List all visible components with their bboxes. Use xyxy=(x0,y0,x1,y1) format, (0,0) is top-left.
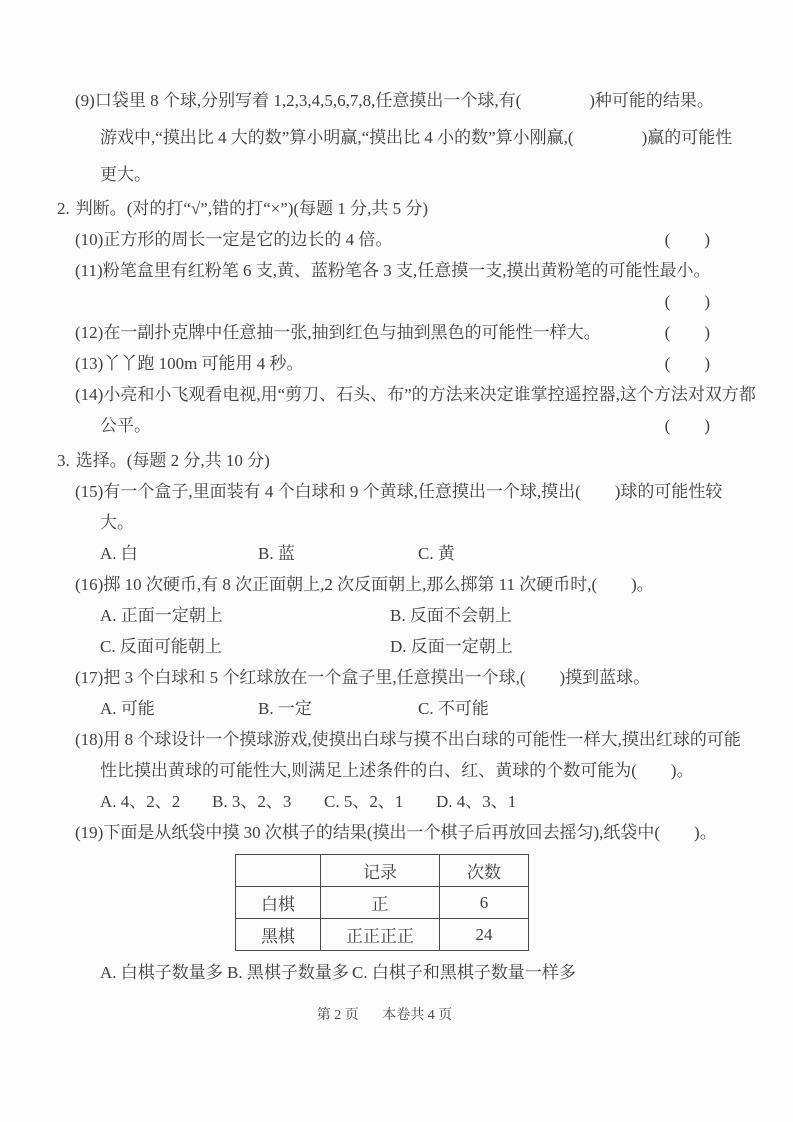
question-15: (15)有一个盒子,里面装有 4 个白球和 9 个黄球,任意摸出一个球,摸出( … xyxy=(57,476,712,569)
question-11-text: (11)粉笔盒里有红粉笔 6 支,黄、蓝粉笔各 3 支,任意摸一支,摸出黄粉笔的… xyxy=(57,255,712,286)
table-row: 黑棋 正正正正 24 xyxy=(236,919,529,951)
page-footer: 第 2 页 本卷共 4 页 xyxy=(57,1004,712,1024)
question-16: (16)掷 10 次硬币,有 8 次正面朝上,2 次反面朝上,那么掷第 11 次… xyxy=(57,569,712,662)
question-14-line2: 公平。 ( ) xyxy=(57,410,712,441)
table-cell: 黑棋 xyxy=(236,919,321,951)
question-13-text: (13)丫丫跑 100m 可能用 4 秒。 xyxy=(75,354,304,373)
question-10-text: (10)正方形的周长一定是它的边长的 4 倍。 xyxy=(75,230,392,249)
option-18-b: B. 3、2、3 xyxy=(212,786,324,817)
footer-page-number: 第 2 页 xyxy=(317,1008,359,1023)
question-9: (9)口袋里 8 个球,分别写着 1,2,3,4,5,6,7,8,任意摸出一个球… xyxy=(57,82,712,193)
answer-blank-12: ( ) xyxy=(665,317,710,348)
footer-total-pages: 本卷共 4 页 xyxy=(382,1008,452,1023)
table-header-row: 记录 次数 xyxy=(236,855,529,887)
question-16-options: A. 正面一定朝上 B. 反面不会朝上 C. 反面可能朝上 D. 反面一定朝上 xyxy=(57,600,712,662)
option-17-c: C. 不可能 xyxy=(418,693,489,724)
question-14-line1: (14)小亮和小飞观看电视,用“剪刀、石头、布”的方法来决定谁掌控遥控器,这个方… xyxy=(57,379,712,410)
table-cell: 次数 xyxy=(440,855,529,887)
question-11: (11)粉笔盒里有红粉笔 6 支,黄、蓝粉笔各 3 支,任意摸一支,摸出黄粉笔的… xyxy=(57,255,712,317)
question-19: (19)下面是从纸袋中摸 30 次棋子的结果(摸出一个棋子后再放回去摇匀),纸袋… xyxy=(57,817,712,988)
question-14-text2: 公平。 xyxy=(100,416,151,435)
option-18-c: C. 5、2、1 xyxy=(324,786,436,817)
section-2-number: 2. xyxy=(57,199,70,218)
option-15-b: B. 蓝 xyxy=(258,538,418,569)
option-19-c: C. 白棋子和黑棋子数量一样多 xyxy=(352,957,576,988)
question-19-line1: (19)下面是从纸袋中摸 30 次棋子的结果(摸出一个棋子后再放回去摇匀),纸袋… xyxy=(57,817,712,848)
option-18-a: A. 4、2、2 xyxy=(100,786,212,817)
table-cell: 24 xyxy=(440,919,529,951)
question-11-answer-line: ( ) xyxy=(57,286,712,317)
section-3-number: 3. xyxy=(57,451,70,470)
question-18-line1: (18)用 8 个球设计一个摸球游戏,使摸出白球与摸不出白球的可能性一样大,摸出… xyxy=(57,724,712,755)
option-15-a: A. 白 xyxy=(100,538,258,569)
question-9-line2: 游戏中,“摸出比 4 大的数”算小明赢,“摸出比 4 小的数”算小刚赢,( )赢… xyxy=(57,119,712,156)
section-3-header: 3.选择。(每题 2 分,共 10 分) xyxy=(57,445,712,476)
option-17-b: B. 一定 xyxy=(258,693,418,724)
question-17: (17)把 3 个白球和 5 个红球放在一个盒子里,任意摸出一个球,( )摸到蓝… xyxy=(57,662,712,724)
table-cell: 白棋 xyxy=(236,887,321,919)
question-14: (14)小亮和小飞观看电视,用“剪刀、石头、布”的方法来决定谁掌控遥控器,这个方… xyxy=(57,379,712,441)
question-19-options: A. 白棋子数量多B. 黑棋子数量多C. 白棋子和黑棋子数量一样多 xyxy=(57,957,712,988)
question-13: (13)丫丫跑 100m 可能用 4 秒。 ( ) xyxy=(57,348,712,379)
question-10-line: (10)正方形的周长一定是它的边长的 4 倍。 ( ) xyxy=(57,224,712,255)
table-cell: 6 xyxy=(440,887,529,919)
question-18: (18)用 8 个球设计一个摸球游戏,使摸出白球与摸不出白球的可能性一样大,摸出… xyxy=(57,724,712,817)
question-18-options: A. 4、2、2B. 3、2、3C. 5、2、1D. 4、3、1 xyxy=(57,786,712,817)
question-15-line2: 大。 xyxy=(57,507,712,538)
exam-page: (9)口袋里 8 个球,分别写着 1,2,3,4,5,6,7,8,任意摸出一个球… xyxy=(0,0,793,1024)
option-16-a: A. 正面一定朝上 xyxy=(100,600,390,631)
question-12-text: (12)在一副扑克牌中任意抽一张,抽到红色与抽到黑色的可能性一样大。 xyxy=(75,323,601,342)
question-10: (10)正方形的周长一定是它的边长的 4 倍。 ( ) xyxy=(57,224,712,255)
question-12-line: (12)在一副扑克牌中任意抽一张,抽到红色与抽到黑色的可能性一样大。 ( ) xyxy=(57,317,712,348)
answer-blank-13: ( ) xyxy=(665,348,710,379)
option-16-c: C. 反面可能朝上 xyxy=(100,631,390,662)
question-15-line1: (15)有一个盒子,里面装有 4 个白球和 9 个黄球,任意摸出一个球,摸出( … xyxy=(57,476,712,507)
result-table: 记录 次数 白棋 正 6 黑棋 正正正正 24 xyxy=(235,854,529,951)
question-9-line3: 更大。 xyxy=(57,156,712,193)
option-16-b: B. 反面不会朝上 xyxy=(390,600,712,631)
question-17-options: A. 可能B. 一定C. 不可能 xyxy=(57,693,712,724)
answer-blank-14: ( ) xyxy=(665,410,710,441)
table-row: 白棋 正 6 xyxy=(236,887,529,919)
question-13-line: (13)丫丫跑 100m 可能用 4 秒。 ( ) xyxy=(57,348,712,379)
table-cell xyxy=(236,855,321,887)
question-17-line1: (17)把 3 个白球和 5 个红球放在一个盒子里,任意摸出一个球,( )摸到蓝… xyxy=(57,662,712,693)
section-3-title: 选择。(每题 2 分,共 10 分) xyxy=(76,451,270,470)
option-17-a: A. 可能 xyxy=(100,693,258,724)
table-cell: 正正正正 xyxy=(321,919,440,951)
option-16-d: D. 反面一定朝上 xyxy=(390,631,712,662)
option-15-c: C. 黄 xyxy=(418,538,455,569)
table-cell: 正 xyxy=(321,887,440,919)
answer-blank-10: ( ) xyxy=(665,224,710,255)
option-18-d: D. 4、3、1 xyxy=(436,786,516,817)
question-18-line2: 性比摸出黄球的可能性大,则满足上述条件的白、红、黄球的个数可能为( )。 xyxy=(57,755,712,786)
question-15-options: A. 白B. 蓝C. 黄 xyxy=(57,538,712,569)
question-9-line1: (9)口袋里 8 个球,分别写着 1,2,3,4,5,6,7,8,任意摸出一个球… xyxy=(57,82,712,119)
question-12: (12)在一副扑克牌中任意抽一张,抽到红色与抽到黑色的可能性一样大。 ( ) xyxy=(57,317,712,348)
option-19-a: A. 白棋子数量多 xyxy=(100,957,227,988)
question-16-line1: (16)掷 10 次硬币,有 8 次正面朝上,2 次反面朝上,那么掷第 11 次… xyxy=(57,569,712,600)
answer-blank-11: ( ) xyxy=(665,292,710,311)
section-2-header: 2.判断。(对的打“√”,错的打“×”)(每题 1 分,共 5 分) xyxy=(57,193,712,224)
section-2-title: 判断。(对的打“√”,错的打“×”)(每题 1 分,共 5 分) xyxy=(76,199,428,218)
table-cell: 记录 xyxy=(321,855,440,887)
option-19-b: B. 黑棋子数量多 xyxy=(227,957,352,988)
